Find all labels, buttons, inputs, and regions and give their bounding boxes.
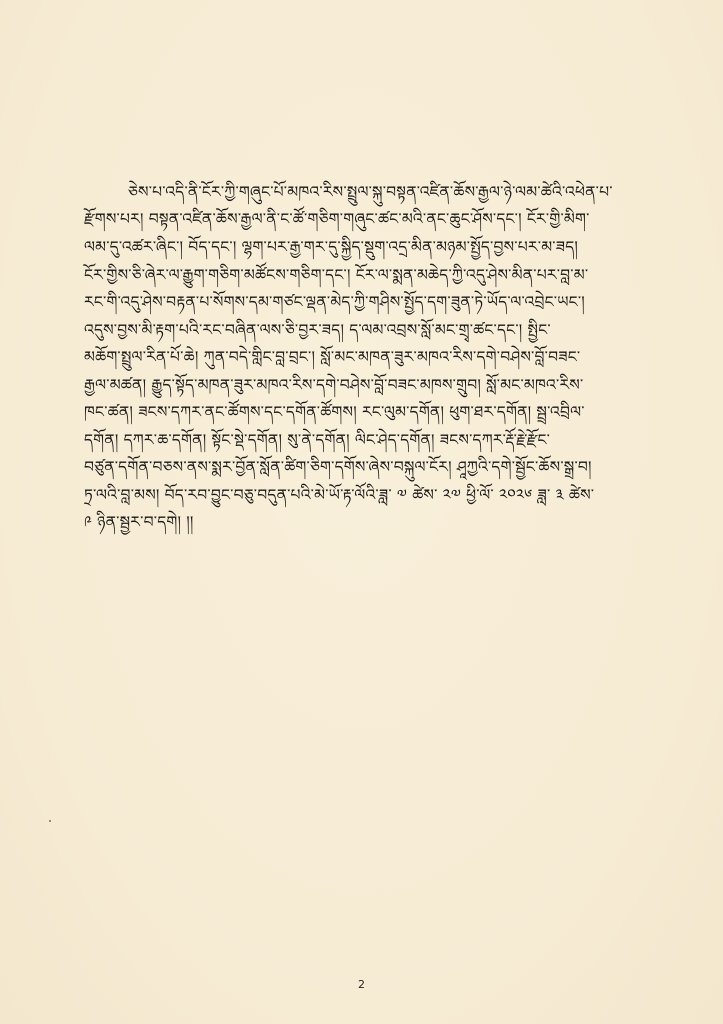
page-number: 2 bbox=[0, 978, 723, 991]
text-line-9: ཁང་ཚན། ཟངས་དཀར་ནང་ཚོགས་དང་དགོན་ཚོགས། རང་… bbox=[84, 398, 585, 426]
text-line-11: བཙུན་དགོན་བཅས་ནས་སྨར་བྱོན་སློན་ཚིག་ཅིག་ད… bbox=[84, 453, 592, 481]
text-line-3: ལམ་དུ་འཚར་ཞིང་། བོད་དང་། ལྷག་པར་རྒྱ་གར་ད… bbox=[84, 233, 578, 261]
text-line-4: ངོར་གྱིས་ཅི་ཞེར་ལ་རྒྱུག་གཅིག་མཚོངས་གཅིག་… bbox=[84, 261, 588, 289]
text-line-5: རང་གི་འདུ་ཤེས་བརྟན་པ་སོགས་དམ་གཙང་ལྡན་མེད… bbox=[84, 288, 585, 316]
text-line-8: རྒྱལ་མཚན། རྒྱུད་སྟོད་མཁན་ཟུར་མཁའ་རིས་དགེ… bbox=[84, 371, 583, 399]
scanned-page: ཅེས་པ་འདི་ནི་ངོར་ཀྱི་གཞུང་པོ་མཁའ་རིས་སྤྲ… bbox=[0, 0, 723, 1024]
text-line-13: ༩ ཉིན་སྦྱར་བ་དགེ། །། bbox=[84, 508, 194, 536]
text-line-1: ཅེས་པ་འདི་ནི་ངོར་ཀྱི་གཞུང་པོ་མཁའ་རིས་སྤྲ… bbox=[128, 178, 613, 206]
text-line-10: དགོན། དཀར་ཆ་དགོན། སྟོང་སྡེ་དགོན། སུ་ནེ་ད… bbox=[84, 426, 550, 454]
text-line-6: འདུས་བྱས་མི་རྟག་པའི་རང་བཞིན་ལས་ཅི་བྱར་ཟད… bbox=[84, 316, 551, 344]
text-line-2: རྫོགས་པར། བསྟན་འཛིན་ཆོས་རྒྱལ་ནི་ང་ཚོ་གཅི… bbox=[84, 205, 590, 233]
text-line-12: ཏྲ་ལའི་བླ་མས། བོད་རབ་བྱུང་བཅུ་བདུན་པའི་མ… bbox=[84, 481, 594, 509]
paper-speck bbox=[49, 820, 51, 822]
text-line-7: མཆོག་སྤྲུལ་རིན་པོ་ཆེ། ཀུན་བདེ་གླིང་བླ་བྲ… bbox=[84, 343, 580, 371]
